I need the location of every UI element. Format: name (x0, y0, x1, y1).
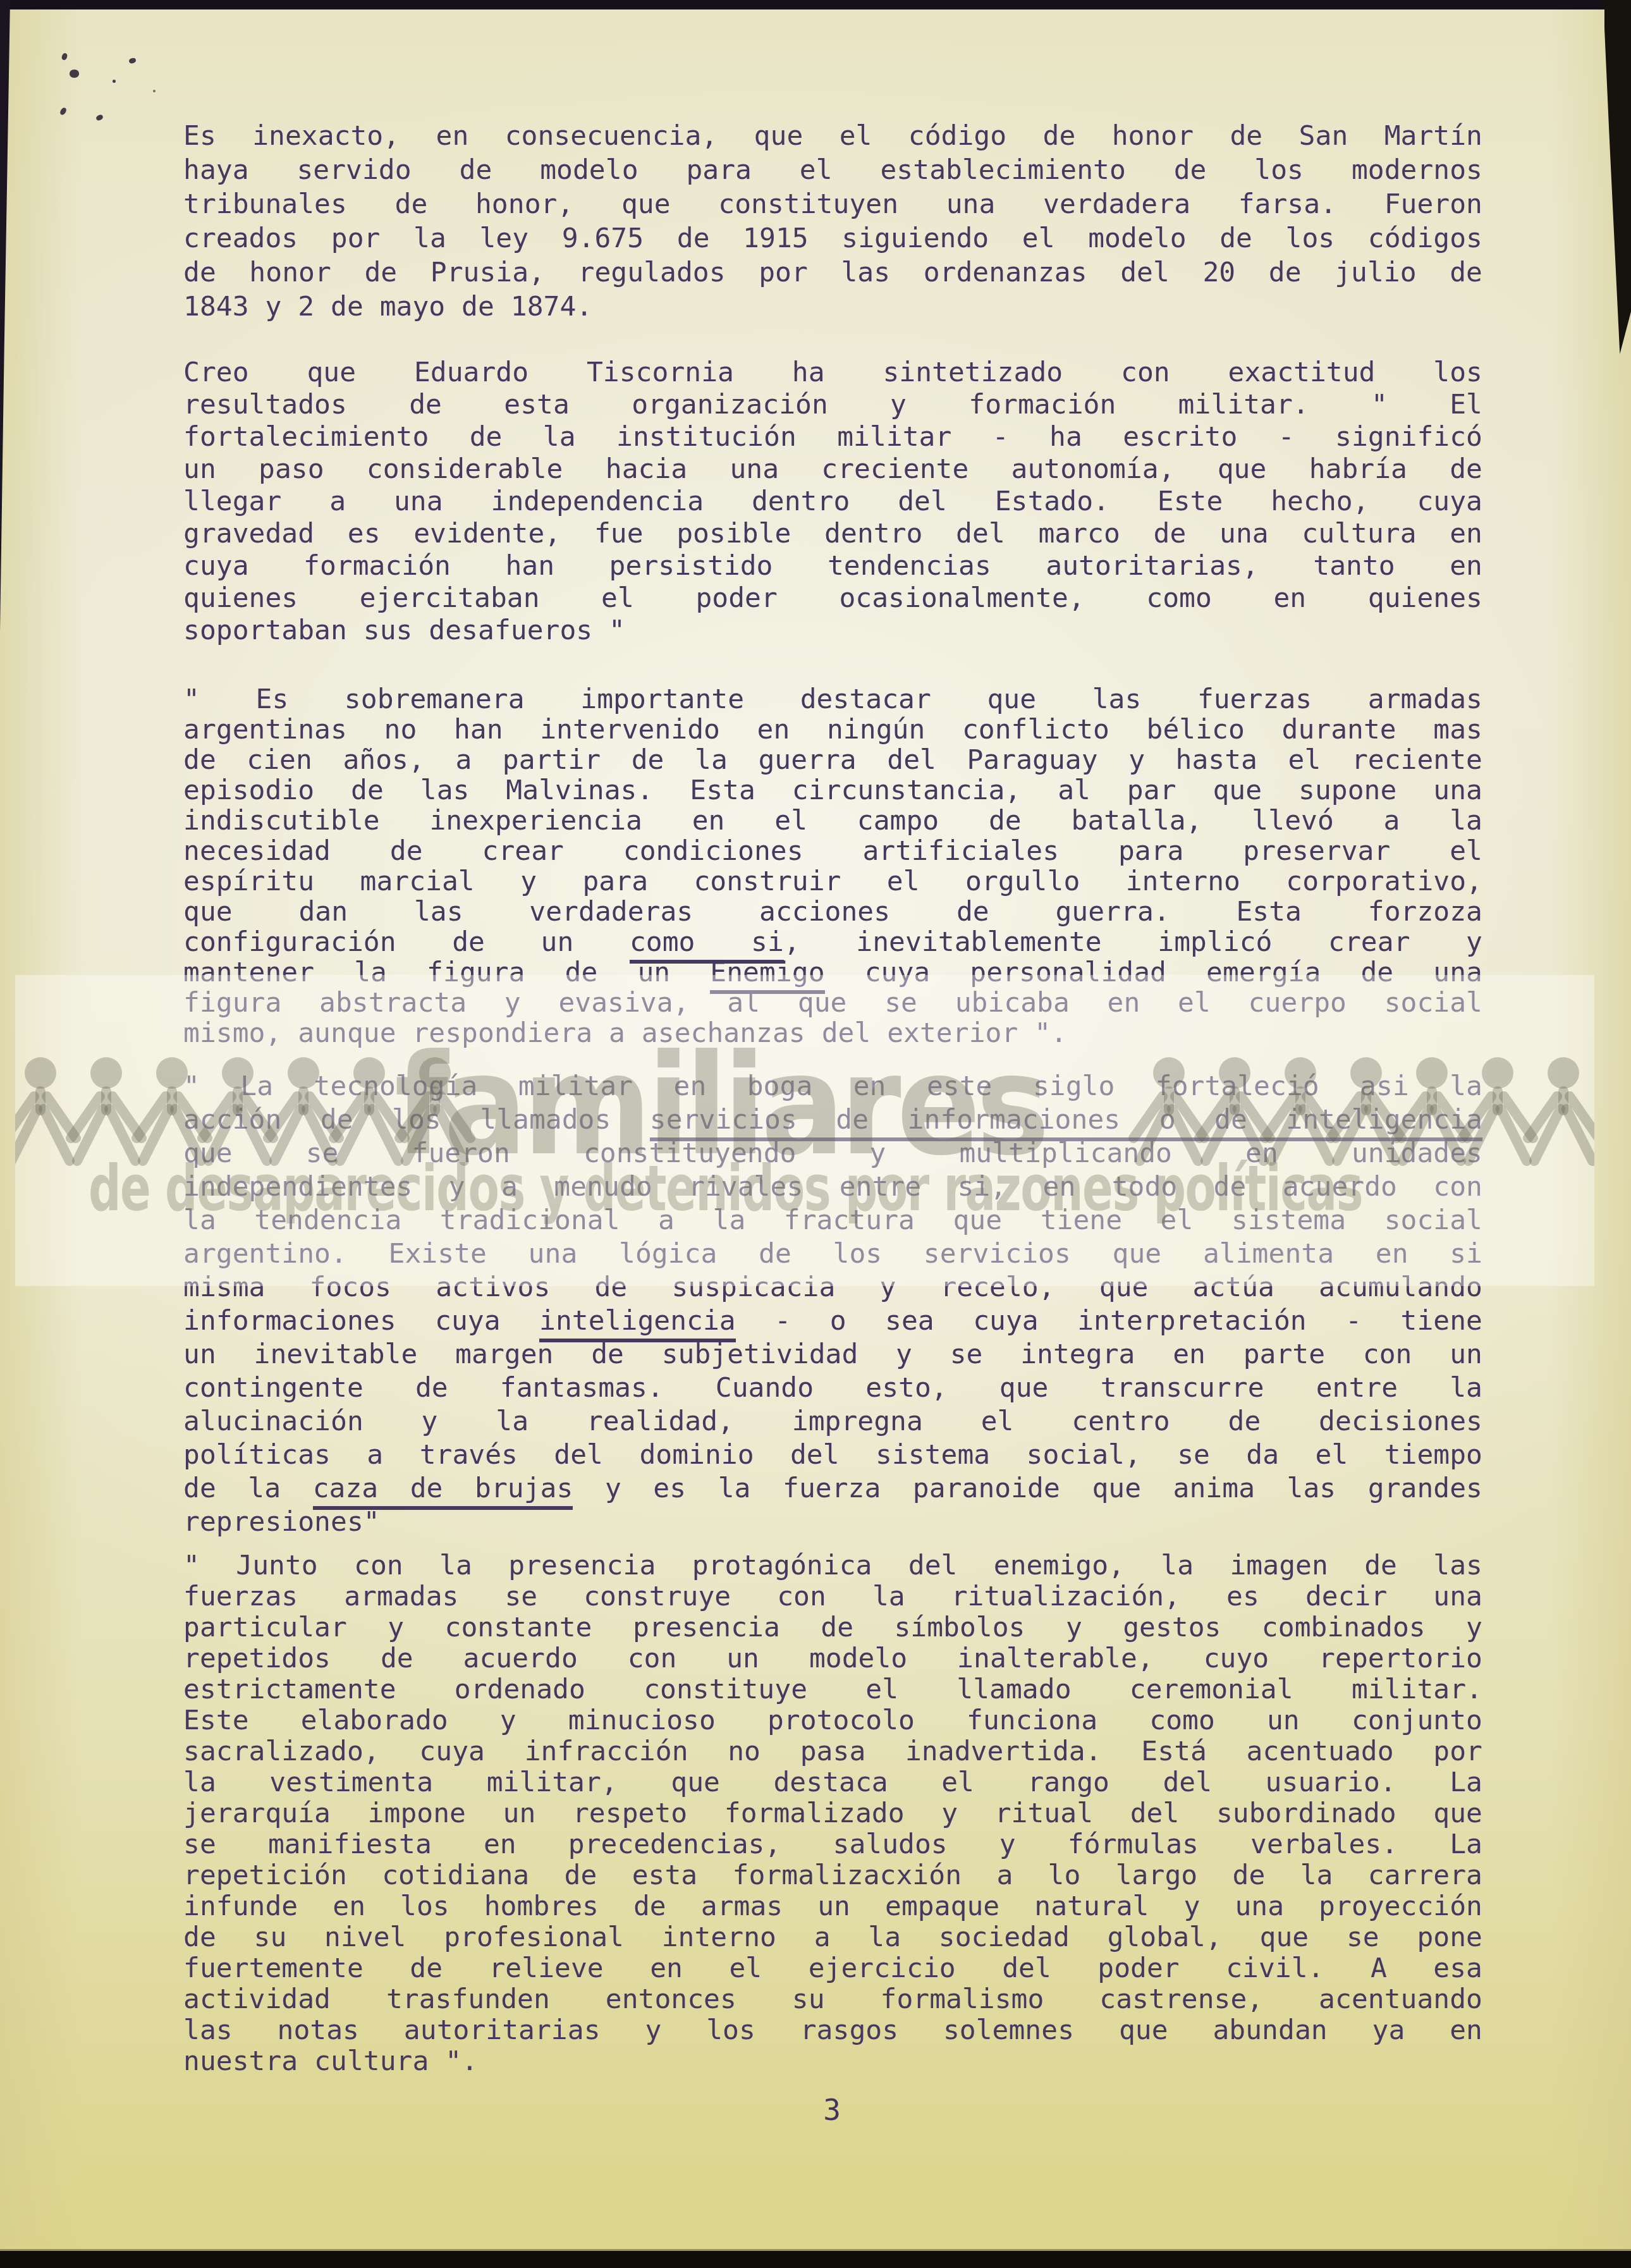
text-segment: espíritu marcial y para construir el org… (183, 866, 1482, 897)
text-line: argentino. Existe una lógica de los serv… (183, 1237, 1482, 1271)
text-line: episodio de las Malvinas. Esta circunsta… (183, 775, 1482, 806)
text-line: se manifiesta en precedencias, saludos y… (183, 1829, 1482, 1860)
text-segment: Este elaborado y minucioso protocolo fun… (183, 1705, 1482, 1736)
scan-edge-top (0, 0, 1631, 9)
text-line: políticas a través del dominio del siste… (183, 1438, 1482, 1472)
text-line: de su nivel profesional interno a la soc… (183, 1922, 1482, 1953)
text-segment: llegar a una independencia dentro del Es… (183, 486, 1482, 517)
text-segment: infunde en los hombres de armas un empaq… (183, 1891, 1482, 1922)
text-line: indiscutible inexperiencia en el campo d… (183, 806, 1482, 836)
text-line: mismo, aunque respondiera a asechanzas d… (183, 1018, 1482, 1048)
underlined-text: caza de brujas (313, 1473, 573, 1510)
text-line: informaciones cuya inteligencia - o sea … (183, 1304, 1482, 1338)
text-line: acción de los llamados servicios de info… (183, 1103, 1482, 1137)
text-line: alucinación y la realidad, impregna el c… (183, 1405, 1482, 1438)
text-line: misma focos activos de suspicacia y rece… (183, 1271, 1482, 1304)
text-line: repetidos de acuerdo con un modelo inalt… (183, 1643, 1482, 1674)
text-segment: de honor de Prusia, regulados por las or… (183, 257, 1482, 288)
text-line: Creo que Eduardo Tiscornia ha sintetizad… (183, 357, 1482, 389)
text-segment: configuración de un (183, 926, 630, 958)
text-segment: argentino. Existe una lógica de los serv… (183, 1238, 1482, 1270)
text-line: fortalecimiento de la institución milita… (183, 421, 1482, 453)
text-segment: represiones" (183, 1506, 380, 1538)
text-line: de honor de Prusia, regulados por las or… (183, 255, 1482, 290)
text-segment: misma focos activos de suspicacia y rece… (183, 1272, 1482, 1303)
text-segment: " Es sobremanera importante destacar que… (183, 683, 1482, 715)
underlined-text: inteligencia (539, 1305, 736, 1342)
ink-speck (59, 107, 67, 116)
ink-speck (70, 70, 79, 78)
text-segment: de la (183, 1473, 313, 1504)
text-segment: estrictamente ordenado constituye el lla… (183, 1674, 1482, 1705)
text-segment: 1843 y 2 de mayo de 1874. (183, 291, 592, 322)
scan-edge-left (0, 0, 10, 632)
text-segment: independientes y a menudo rivales entre … (183, 1171, 1482, 1203)
text-segment: alucinación y la realidad, impregna el c… (183, 1406, 1482, 1437)
text-segment: repetición cotidiana de esta formalizacx… (183, 1860, 1482, 1891)
text-segment: indiscutible inexperiencia en el campo d… (183, 805, 1482, 837)
text-line: " La tecnología militar en boga en este … (183, 1070, 1482, 1103)
text-line: contingente de fantasmas. Cuando esto, q… (183, 1371, 1482, 1405)
text-line: resultados de esta organización y formac… (183, 389, 1482, 421)
text-line: represiones" (183, 1505, 1482, 1539)
text-line: de la caza de brujas y es la fuerza para… (183, 1472, 1482, 1505)
paragraph: Creo que Eduardo Tiscornia ha sintetizad… (183, 357, 1482, 647)
text-segment: se manifiesta en precedencias, saludos y… (183, 1829, 1482, 1860)
text-segment: políticas a través del dominio del siste… (183, 1439, 1482, 1471)
text-segment: y es la fuerza paranoide que anima las g… (573, 1473, 1482, 1504)
scan-edge-bottom (0, 2251, 1631, 2268)
ink-speck (153, 90, 156, 92)
text-segment: que se fueron constituyendo y multiplica… (183, 1137, 1482, 1169)
text-segment: haya servido de modelo para el estableci… (183, 154, 1482, 186)
text-segment: de su nivel profesional interno a la soc… (183, 1922, 1482, 1953)
text-segment: la tendencia tradicional a la fractura q… (183, 1204, 1482, 1236)
text-segment: creados por la ley 9.675 de 1915 siguien… (183, 223, 1482, 254)
underlined-text: servicios de informaciones o de intelige… (650, 1104, 1482, 1141)
text-line: repetición cotidiana de esta formalizacx… (183, 1860, 1482, 1891)
text-line: figura abstracta y evasiva, al que se ub… (183, 988, 1482, 1018)
text-line: infunde en los hombres de armas un empaq… (183, 1891, 1482, 1922)
text-segment: actividad trasfunden entonces su formali… (183, 1983, 1482, 2015)
text-line: necesidad de crear condiciones artificia… (183, 836, 1482, 866)
text-line: Es inexacto, en consecuencia, que el cód… (183, 119, 1482, 153)
text-line: creados por la ley 9.675 de 1915 siguien… (183, 221, 1482, 255)
text-segment: fortalecimiento de la institución milita… (183, 421, 1482, 453)
text-line: actividad trasfunden entonces su formali… (183, 1984, 1482, 2015)
text-segment: jerarquía impone un respeto formalizado … (183, 1798, 1482, 1829)
text-segment: resultados de esta organización y formac… (183, 389, 1482, 420)
text-segment: contingente de fantasmas. Cuando esto, q… (183, 1372, 1482, 1404)
text-line: gravedad es evidente, fue posible dentro… (183, 518, 1482, 550)
text-line: sacralizado, cuya infracción no pasa ina… (183, 1736, 1482, 1767)
text-line: quienes ejercitaban el poder ocasionalme… (183, 582, 1482, 615)
paragraph: " Junto con la presencia protagónica del… (183, 1550, 1482, 2077)
text-segment: tribunales de honor, que constituyen una… (183, 188, 1482, 220)
text-line: espíritu marcial y para construir el org… (183, 866, 1482, 897)
ink-speck (61, 52, 68, 61)
text-segment: fuerzas armadas se construye con la ritu… (183, 1581, 1482, 1612)
paragraph: " La tecnología militar en boga en este … (183, 1070, 1482, 1539)
text-segment: , inevitablemente implicó crear y (784, 926, 1482, 958)
text-line: cuya formación han persistido tendencias… (183, 550, 1482, 582)
text-segment: un paso considerable hacia una creciente… (183, 453, 1482, 485)
text-line: las notas autoritarias y los rasgos sole… (183, 2015, 1482, 2046)
text-segment: repetidos de acuerdo con un modelo inalt… (183, 1643, 1482, 1674)
text-line: que se fueron constituyendo y multiplica… (183, 1137, 1482, 1170)
text-segment: gravedad es evidente, fue posible dentro… (183, 518, 1482, 549)
text-segment: nuestra cultura ". (183, 2045, 478, 2077)
text-line: " Junto con la presencia protagónica del… (183, 1550, 1482, 1581)
text-line: argentinas no han intervenido en ningún … (183, 714, 1482, 745)
text-segment: Creo que Eduardo Tiscornia ha sintetizad… (183, 357, 1482, 388)
text-segment: episodio de las Malvinas. Esta circunsta… (183, 775, 1482, 806)
text-line: Este elaborado y minucioso protocolo fun… (183, 1705, 1482, 1736)
text-line: fuerzas armadas se construye con la ritu… (183, 1581, 1482, 1612)
text-line: de cien años, a partir de la guerra del … (183, 745, 1482, 775)
paragraph: " Es sobremanera importante destacar que… (183, 684, 1482, 1048)
text-line: nuestra cultura ". (183, 2046, 1482, 2077)
ink-speck (113, 80, 116, 83)
text-line: tribunales de honor, que constituyen una… (183, 187, 1482, 221)
text-line: jerarquía impone un respeto formalizado … (183, 1798, 1482, 1829)
text-line: mantener la figura de un Enemigo cuya pe… (183, 957, 1482, 988)
ink-speck (95, 114, 104, 121)
text-line: haya servido de modelo para el estableci… (183, 153, 1482, 187)
text-segment: soportaban sus desafueros " (183, 615, 625, 646)
text-line: un inevitable margen de subjetividad y s… (183, 1338, 1482, 1371)
text-segment: necesidad de crear condiciones artificia… (183, 835, 1482, 867)
text-segment: la vestimenta militar, que destaca el ra… (183, 1767, 1482, 1798)
text-segment: cuya formación han persistido tendencias… (183, 550, 1482, 582)
text-line: configuración de un como si, inevitablem… (183, 927, 1482, 957)
text-segment: cuya personalidad emergía de una (825, 957, 1482, 988)
text-segment: mantener la figura de un (183, 957, 710, 988)
text-segment: particular y constante presencia de símb… (183, 1612, 1482, 1643)
text-segment: fuertemente de relieve en el ejercicio d… (183, 1952, 1482, 1984)
scan-edge-right (1604, 0, 1631, 354)
text-line: la vestimenta militar, que destaca el ra… (183, 1767, 1482, 1798)
text-segment: informaciones cuya (183, 1305, 539, 1337)
text-segment: un inevitable margen de subjetividad y s… (183, 1339, 1482, 1370)
text-segment: las notas autoritarias y los rasgos sole… (183, 2014, 1482, 2046)
text-line: " Es sobremanera importante destacar que… (183, 684, 1482, 714)
text-line: particular y constante presencia de símb… (183, 1612, 1482, 1643)
paragraph: Es inexacto, en consecuencia, que el cód… (183, 119, 1482, 324)
text-line: un paso considerable hacia una creciente… (183, 453, 1482, 486)
text-segment: que dan las verdaderas acciones de guerr… (183, 896, 1482, 928)
text-line: 1843 y 2 de mayo de 1874. (183, 290, 1482, 324)
scanned-document-page: Es inexacto, en consecuencia, que el cód… (0, 0, 1631, 2268)
page-number: 3 (0, 2093, 1631, 2127)
text-segment: de cien años, a partir de la guerra del … (183, 744, 1482, 776)
text-line: soportaban sus desafueros " (183, 615, 1482, 647)
text-segment: figura abstracta y evasiva, al que se ub… (183, 987, 1482, 1019)
text-segment: sacralizado, cuya infracción no pasa ina… (183, 1736, 1482, 1767)
text-line: que dan las verdaderas acciones de guerr… (183, 897, 1482, 927)
text-line: independientes y a menudo rivales entre … (183, 1170, 1482, 1204)
text-segment: - o sea cuya interpretación - tiene (736, 1305, 1482, 1337)
text-line: fuertemente de relieve en el ejercicio d… (183, 1953, 1482, 1984)
ink-speck (128, 58, 137, 64)
text-segment: Es inexacto, en consecuencia, que el cód… (183, 120, 1482, 152)
text-segment: mismo, aunque respondiera a asechanzas d… (183, 1017, 1067, 1049)
text-segment: quienes ejercitaban el poder ocasionalme… (183, 582, 1482, 614)
text-segment: " Junto con la presencia protagónica del… (183, 1550, 1482, 1581)
text-segment: " La tecnología militar en boga en este … (183, 1070, 1482, 1102)
text-line: llegar a una independencia dentro del Es… (183, 486, 1482, 518)
text-line: la tendencia tradicional a la fractura q… (183, 1204, 1482, 1237)
text-segment: acción de los llamados (183, 1104, 650, 1136)
text-segment: argentinas no han intervenido en ningún … (183, 714, 1482, 745)
text-line: estrictamente ordenado constituye el lla… (183, 1674, 1482, 1705)
